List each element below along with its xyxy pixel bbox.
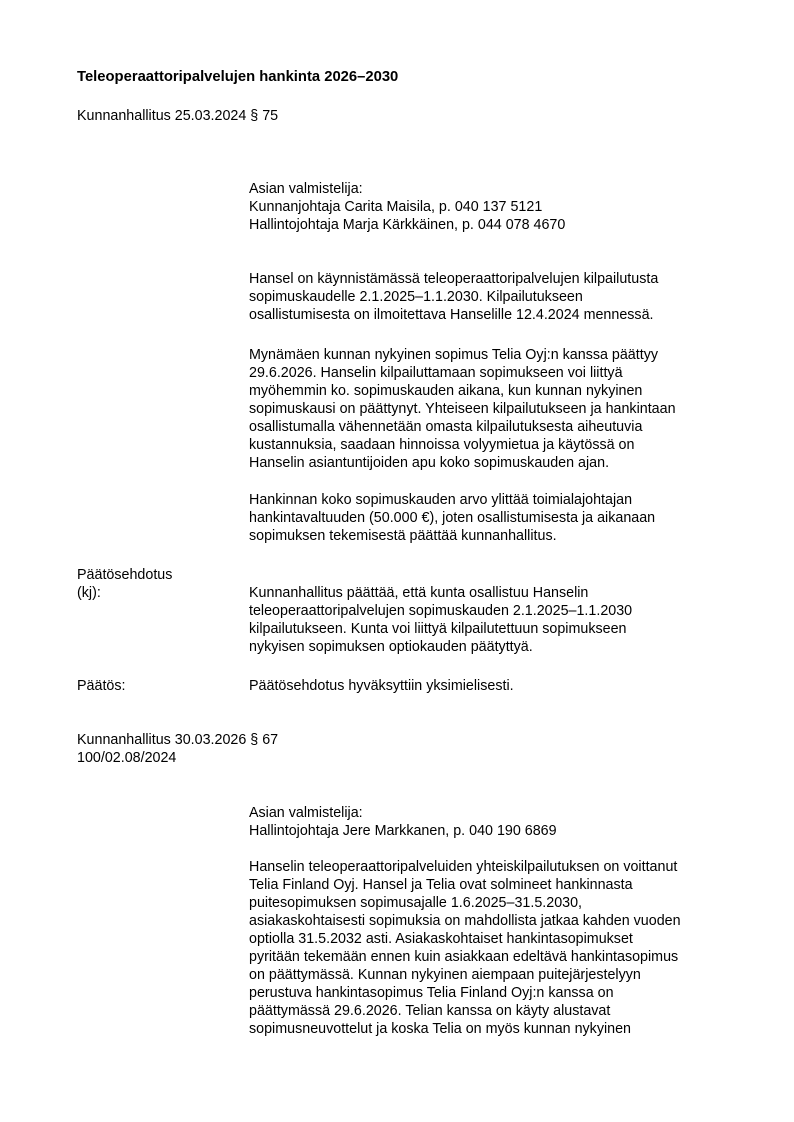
text-line: hankintavaltuuden (50.000 €), joten osal… bbox=[249, 509, 655, 527]
text-line: sopimuksen tekemisestä päättää kunnanhal… bbox=[249, 527, 655, 545]
preparer: Kunnanjohtaja Carita Maisila, p. 040 137… bbox=[249, 198, 565, 216]
text-line: osallistumalla vähennetään omasta kilpai… bbox=[249, 418, 676, 436]
text-line: Hanselin asiantuntijoiden apu koko sopim… bbox=[249, 454, 676, 472]
text-line: sopimuskaudelle 2.1.2025–1.1.2030. Kilpa… bbox=[249, 288, 658, 306]
text-line: asiakaskohtaisesti sopimuksia on mahdoll… bbox=[249, 912, 681, 930]
text-line: kilpailutukseen. Kunta voi liittyä kilpa… bbox=[249, 620, 632, 638]
record-reference: 100/02.08/2024 bbox=[77, 749, 278, 767]
text-line: Hansel on käynnistämässä teleoperaattori… bbox=[249, 270, 658, 288]
preparer-heading: Asian valmistelija: bbox=[249, 180, 565, 198]
text-line: osallistumisesta on ilmoitettava Hanseli… bbox=[249, 306, 658, 324]
text-line: myöhemmin ko. sopimuskauden aikana, kun … bbox=[249, 382, 676, 400]
text-line: on päättymässä. Kunnan nykyinen aiempaan… bbox=[249, 966, 681, 984]
text-line: nykyisen sopimuksen optiokauden päätytty… bbox=[249, 638, 632, 656]
text-line: teleoperaattoripalvelujen sopimuskauden … bbox=[249, 602, 632, 620]
text-line: puitesopimuksen sopimusajalle 1.6.2025–3… bbox=[249, 894, 681, 912]
text-line: Hankinnan koko sopimuskauden arvo ylittä… bbox=[249, 491, 655, 509]
text-line: Päätösehdotus bbox=[77, 566, 172, 584]
meeting-2-paragraph: Hanselin teleoperaattoripalveluiden yhte… bbox=[249, 858, 681, 1038]
preparer-heading: Asian valmistelija: bbox=[249, 804, 557, 822]
text-line: Hanselin teleoperaattoripalveluiden yhte… bbox=[249, 858, 681, 876]
meeting-1-header: Kunnanhallitus 25.03.2024 § 75 bbox=[77, 107, 278, 125]
text-line: päättymässä 29.6.2026. Telian kanssa on … bbox=[249, 1002, 681, 1020]
document-title: Teleoperaattoripalvelujen hankinta 2026–… bbox=[77, 68, 398, 86]
meeting-1-preparer-block: Asian valmistelija: Kunnanjohtaja Carita… bbox=[249, 180, 565, 234]
preparer: Hallintojohtaja Marja Kärkkäinen, p. 044… bbox=[249, 216, 565, 234]
text-line: pyritään tekemään ennen kuin asiakkaan e… bbox=[249, 948, 681, 966]
meeting-2-header: Kunnanhallitus 30.03.2026 § 67 bbox=[77, 731, 278, 749]
text-line: Telia Finland Oyj. Hansel ja Telia ovat … bbox=[249, 876, 681, 894]
decision-label: Päätös: bbox=[77, 677, 125, 695]
proposal-label: Päätösehdotus (kj): bbox=[77, 566, 172, 602]
meeting-1-paragraph-1: Hansel on käynnistämässä teleoperaattori… bbox=[249, 270, 658, 324]
meeting-1-paragraph-2: Mynämäen kunnan nykyinen sopimus Telia O… bbox=[249, 346, 676, 472]
decision-text: Päätösehdotus hyväksyttiin yksimielisest… bbox=[249, 677, 514, 695]
text-line: perustuva hankintasopimus Telia Finland … bbox=[249, 984, 681, 1002]
meeting-2-preparer-block: Asian valmistelija: Hallintojohtaja Jere… bbox=[249, 804, 557, 840]
text-line: sopimuskausi on päättynyt. Yhteiseen kil… bbox=[249, 400, 676, 418]
text-line: Mynämäen kunnan nykyinen sopimus Telia O… bbox=[249, 346, 676, 364]
text-line: optiolla 31.5.2032 asti. Asiakaskohtaise… bbox=[249, 930, 681, 948]
proposal-text: Kunnanhallitus päättää, että kunta osall… bbox=[249, 584, 632, 656]
text-line: kustannuksia, saadaan hinnoissa volyymie… bbox=[249, 436, 676, 454]
text-line: 29.6.2026. Hanselin kilpailuttamaan sopi… bbox=[249, 364, 676, 382]
text-line: sopimusneuvottelut ja koska Telia on myö… bbox=[249, 1020, 681, 1038]
text-line: (kj): bbox=[77, 584, 172, 602]
text-line: Kunnanhallitus päättää, että kunta osall… bbox=[249, 584, 632, 602]
preparer: Hallintojohtaja Jere Markkanen, p. 040 1… bbox=[249, 822, 557, 840]
meeting-1-paragraph-3: Hankinnan koko sopimuskauden arvo ylittä… bbox=[249, 491, 655, 545]
meeting-2-header-block: Kunnanhallitus 30.03.2026 § 67 100/02.08… bbox=[77, 731, 278, 767]
